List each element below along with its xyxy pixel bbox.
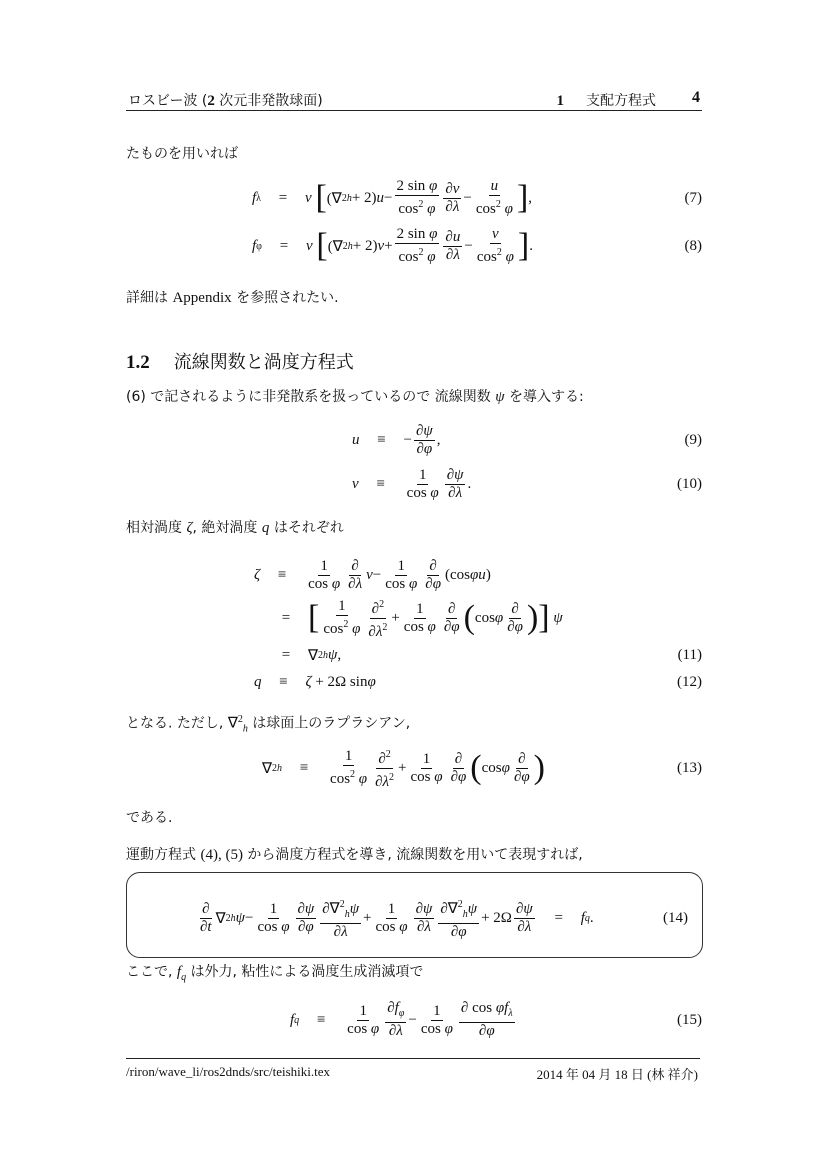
footer-file-path: /riron/wave_li/ros2dnds/src/teishiki.tex (126, 1064, 330, 1080)
paragraph-vorticity: 相対渦度 ζ, 絶対渦度 q はそれぞれ (126, 519, 344, 537)
paragraph-de-aru: である. (126, 809, 172, 827)
equation-11-line-1: ζ≡ 1cos φ ∂∂λv − 1cos φ ∂∂φ(cos φu) (254, 555, 491, 595)
equation-11-line-2: = [ 1cos2 φ ∂2∂λ2 + 1cos φ ∂∂φ (cos φ∂∂φ… (254, 598, 563, 638)
equation-number: (12) (677, 674, 702, 691)
running-header: ロスビー波 (2 次元非発散球面) 1支配方程式 4 (126, 88, 702, 111)
equation-number: (9) (685, 432, 703, 449)
paragraph-intro: たものを用いれば (126, 145, 238, 163)
header-doc-title: ロスビー波 (2 次元非発散球面) (128, 90, 323, 110)
equation-number: (7) (685, 190, 703, 207)
equation-8: fφ = ν [(∇2h + 2)v + 2 sin φcos2 φ ∂u∂λ … (252, 226, 533, 266)
paragraph-streamfunction: (6) で記されるように非発散系を扱っているので 流線関数 ψ を導入する: (126, 388, 584, 406)
footer-date-author: 2014 年 04 月 18 日 (林 祥介) (537, 1064, 698, 1083)
equation-15: fq≡ 1cos φ ∂fφ∂λ − 1cos φ ∂ cos φfλ∂φ (290, 1000, 517, 1040)
paragraph-forcing: ここで, fq は外力, 粘性による渦度生成消滅項で (126, 963, 423, 987)
equation-10: v≡ 1cos φ ∂ψ∂λ. (352, 464, 471, 504)
paragraph-laplacian: となる. ただし, ∇2h は球面上のラプラシアン, (126, 711, 410, 738)
equation-7: fλ = ν [(∇2h + 2)u − 2 sin φcos2 φ ∂v∂λ … (252, 178, 532, 218)
paragraph-vorticity-equation: 運動方程式 (4), (5) から渦度方程式を導き, 流線関数を用いて表現すれば… (126, 846, 583, 864)
equation-number: (14) (663, 910, 688, 927)
equation-number: (15) (677, 1012, 702, 1029)
page-number: 4 (692, 89, 700, 107)
appendix-link: Appendix (172, 290, 231, 306)
equation-number: (8) (685, 238, 703, 255)
paragraph-appendix-ref: 詳細は Appendix を参照されたい. (126, 289, 339, 307)
equation-13: ∇2h≡ 1cos2 φ ∂2∂λ2 + 1cos φ ∂∂φ (cos φ∂∂… (262, 748, 545, 788)
equation-number: (13) (677, 760, 702, 777)
page-footer: /riron/wave_li/ros2dnds/src/teishiki.tex… (126, 1058, 700, 1059)
equation-number: (11) (678, 647, 702, 664)
section-heading: 1.2流線関数と渦度方程式 (126, 348, 354, 374)
equation-9: u≡ −∂ψ∂φ, (352, 420, 440, 460)
equation-12: q≡ ζ + 2Ω sin φ (254, 662, 376, 702)
equation-number: (10) (677, 476, 702, 493)
header-section: 1支配方程式 (557, 90, 657, 110)
equation-14: ∂∂t∇2hψ − 1cos φ ∂ψ∂φ ∂∇2hψ∂λ + 1cos φ ∂… (196, 898, 594, 938)
